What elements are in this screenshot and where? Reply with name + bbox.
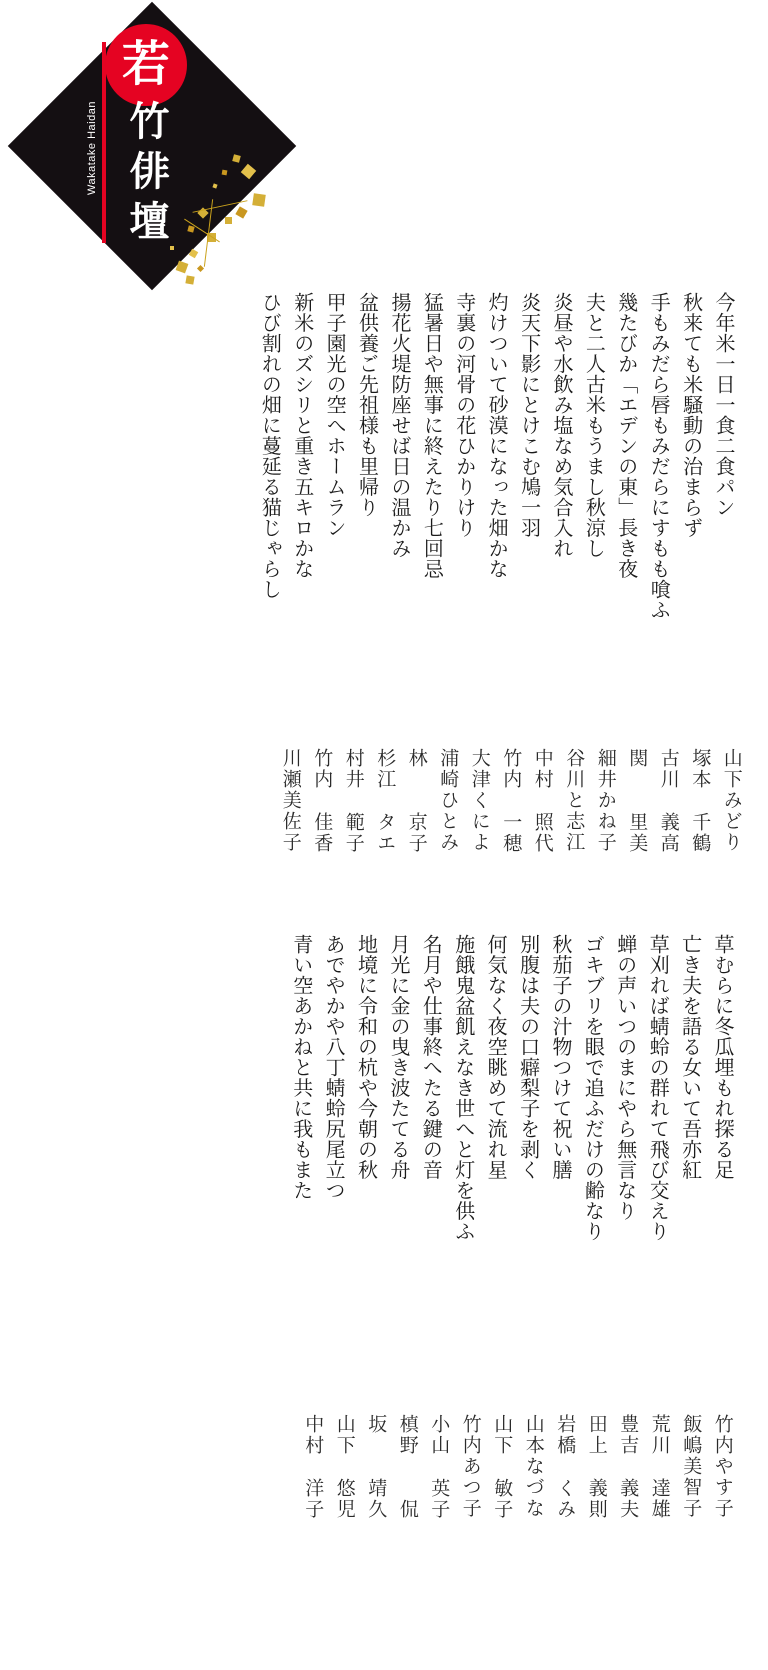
author-name: 岩橋くみ <box>549 1414 581 1520</box>
author-family-name: 古川 <box>655 748 682 790</box>
author-family-name: 槙野 <box>394 1414 421 1456</box>
author-given-name: 千鶴 <box>686 812 713 854</box>
author-name: 山下悠児 <box>329 1414 361 1520</box>
author-given-name: 侃 <box>394 1499 421 1520</box>
author-family-name: 林 <box>403 748 430 769</box>
haiku-line: 揚花火堤防座せば日の温かみ <box>383 292 415 637</box>
author-given-name: 義夫 <box>614 1478 641 1520</box>
author-family-name: 杉江 <box>371 748 398 790</box>
haiku-line: 夫と二人古米もうまし秋涼し <box>577 292 609 637</box>
haiku-line: 草刈れば蜻蛉の群れて飛び交えり <box>641 934 673 1264</box>
author-name: 竹内一穂 <box>495 748 527 854</box>
author-family-name: 山下みどり <box>718 748 745 853</box>
haiku-line: 名月や仕事終へたる鍵の音 <box>414 934 446 1264</box>
haiku-line: 秋茄子の汁物つけて祝い膳 <box>544 934 576 1264</box>
haiku-line: 炎昼や水飲み塩なめ気合入れ <box>545 292 577 637</box>
haiku-line: 何気なく夜空眺めて流れ星 <box>479 934 511 1264</box>
logo-vertical-title: 竹俳壇 <box>124 100 168 250</box>
author-given-name: 達雄 <box>646 1478 673 1520</box>
author-name: 竹内あつ子 <box>455 1414 487 1520</box>
author-family-name: 谷川と志江 <box>560 748 587 853</box>
author-name: 田上義則 <box>581 1414 613 1520</box>
haiku-line: ひび割れの畑に蔓延る猫じゃらし <box>253 292 285 637</box>
haiku-section-2: 草むらに冬瓜埋もれ探る足亡き夫を語る女いて吾亦紅草刈れば蜻蛉の群れて飛び交えり蝉… <box>284 934 738 1264</box>
wakatake-haidan-page: Wakatake Haidan 若 竹俳壇 今年米一日一食二食パン秋来 <box>0 0 768 1670</box>
author-name: 小山英子 <box>423 1414 455 1520</box>
author-name: 槙野侃 <box>392 1414 424 1520</box>
haiku-line: あでやかや八丁蜻蛉尻尾立つ <box>317 934 349 1264</box>
haiku-line: 地境に令和の杭や今朝の秋 <box>349 934 381 1264</box>
author-family-name: 田上 <box>583 1414 610 1456</box>
authors-section-2: 竹内やす子飯嶋美智子荒川達雄豊吉義夫田上義則岩橋くみ山本なづな山下敏子竹内あつ子… <box>297 1414 738 1520</box>
author-family-name: 竹内 <box>497 748 524 790</box>
author-given-name: タエ <box>371 812 398 854</box>
author-name: 林京子 <box>401 748 433 854</box>
author-family-name: 塚本 <box>686 748 713 790</box>
author-name: 村井範子 <box>338 748 370 854</box>
author-family-name: 小山 <box>425 1414 452 1456</box>
haiku-line: 今年米一日一食二食パン <box>707 292 739 637</box>
author-family-name: 中村 <box>529 748 556 790</box>
haiku-line: 青い空あかねと共に我もまた <box>284 934 316 1264</box>
author-family-name: 大津くによ <box>466 748 493 853</box>
author-family-name: 山本なづな <box>520 1414 547 1519</box>
authors-section-1: 山下みどり塚本千鶴古川義高関里美細井かね子谷川と志江中村照代竹内一穂大津くによ浦… <box>275 748 748 854</box>
haiku-line: 秋来ても米騒動の治まらず <box>674 292 706 637</box>
author-given-name: 靖久 <box>362 1478 389 1520</box>
haiku-line: 施餓鬼盆飢えなき世へと灯を供ふ <box>446 934 478 1264</box>
haiku-line: 炎天下影にとけこむ鳩一羽 <box>512 292 544 637</box>
haiku-line: 蝉の声いつのまにやら無言なり <box>608 934 640 1264</box>
haiku-line: 甲子園光の空へホームラン <box>318 292 350 637</box>
author-family-name: 川瀬美佐子 <box>277 748 304 853</box>
haiku-line: 盆供養ご先祖様も里帰り <box>350 292 382 637</box>
author-family-name: 細井かね子 <box>592 748 619 853</box>
author-given-name: 英子 <box>425 1478 452 1520</box>
haiku-line: 寺裏の河骨の花ひかりけり <box>447 292 479 637</box>
author-given-name: 義高 <box>655 812 682 854</box>
author-given-name: くみ <box>551 1478 578 1520</box>
author-family-name: 山下 <box>331 1414 358 1456</box>
author-name: 飯嶋美智子 <box>675 1414 707 1520</box>
author-family-name: 中村 <box>299 1414 326 1456</box>
haiku-line: 草むらに冬瓜埋もれ探る足 <box>706 934 738 1264</box>
author-name: 竹内佳香 <box>306 748 338 854</box>
logo-badge-character: 若 <box>122 41 170 89</box>
author-family-name: 竹内あつ子 <box>457 1414 484 1519</box>
haiku-line: 灼けついて砂漠になった畑かな <box>480 292 512 637</box>
author-family-name: 関 <box>623 748 650 769</box>
author-family-name: 竹内やす子 <box>709 1414 736 1519</box>
author-name: 杉江タエ <box>369 748 401 854</box>
haiku-line: 月光に金の曳き波たてる舟 <box>382 934 414 1264</box>
author-given-name: 義則 <box>583 1478 610 1520</box>
author-family-name: 豊吉 <box>614 1414 641 1456</box>
author-name: 大津くによ <box>464 748 496 854</box>
haiku-line: 猛暑日や無事に終えたり七回忌 <box>415 292 447 637</box>
haiku-line: 別腹は夫の口癖梨子を剥く <box>511 934 543 1264</box>
author-name: 関里美 <box>621 748 653 854</box>
author-name: 山本なづな <box>518 1414 550 1520</box>
haiku-line: ゴキブリを眼で追ふだけの齢なり <box>576 934 608 1264</box>
author-name: 豊吉義夫 <box>612 1414 644 1520</box>
logo-red-circle-badge: 若 <box>105 24 187 106</box>
author-name: 坂靖久 <box>360 1414 392 1520</box>
author-family-name: 岩橋 <box>551 1414 578 1456</box>
author-given-name: 範子 <box>340 812 367 854</box>
author-name: 竹内やす子 <box>707 1414 739 1520</box>
haiku-line: 手もみだら唇もみだらにすもも喰ふ <box>642 292 674 637</box>
author-family-name: 荒川 <box>646 1414 673 1456</box>
author-name: 塚本千鶴 <box>684 748 716 854</box>
author-given-name: 里美 <box>623 812 650 854</box>
author-family-name: 山下 <box>488 1414 515 1456</box>
haiku-line: 幾たびか「エデンの東」長き夜 <box>609 292 641 637</box>
author-given-name: 悠児 <box>331 1478 358 1520</box>
author-family-name: 竹内 <box>308 748 335 790</box>
author-name: 山下みどり <box>716 748 748 854</box>
wakatake-haidan-logo: Wakatake Haidan 若 竹俳壇 <box>0 0 310 300</box>
author-family-name: 坂 <box>362 1414 389 1435</box>
author-given-name: 照代 <box>529 812 556 854</box>
author-name: 細井かね子 <box>590 748 622 854</box>
author-name: 中村洋子 <box>297 1414 329 1520</box>
author-given-name: 京子 <box>403 812 430 854</box>
author-name: 荒川達雄 <box>644 1414 676 1520</box>
author-given-name: 敏子 <box>488 1478 515 1520</box>
haiku-line: 亡き夫を語る女いて吾亦紅 <box>673 934 705 1264</box>
haiku-section-1: 今年米一日一食二食パン秋来ても米騒動の治まらず手もみだら唇もみだらにすもも喰ふ幾… <box>253 292 739 637</box>
author-name: 川瀬美佐子 <box>275 748 307 854</box>
author-family-name: 村井 <box>340 748 367 790</box>
author-given-name: 洋子 <box>299 1478 326 1520</box>
haiku-line: 新米のズシリと重き五キロかな <box>285 292 317 637</box>
author-name: 浦崎ひとみ <box>432 748 464 854</box>
author-name: 谷川と志江 <box>558 748 590 854</box>
author-name: 中村照代 <box>527 748 559 854</box>
logo-romaji-text: Wakatake Haidan <box>86 92 98 204</box>
author-name: 山下敏子 <box>486 1414 518 1520</box>
author-given-name: 一穂 <box>497 812 524 854</box>
author-family-name: 浦崎ひとみ <box>434 748 461 853</box>
author-given-name: 佳香 <box>308 812 335 854</box>
author-family-name: 飯嶋美智子 <box>677 1414 704 1519</box>
author-name: 古川義高 <box>653 748 685 854</box>
